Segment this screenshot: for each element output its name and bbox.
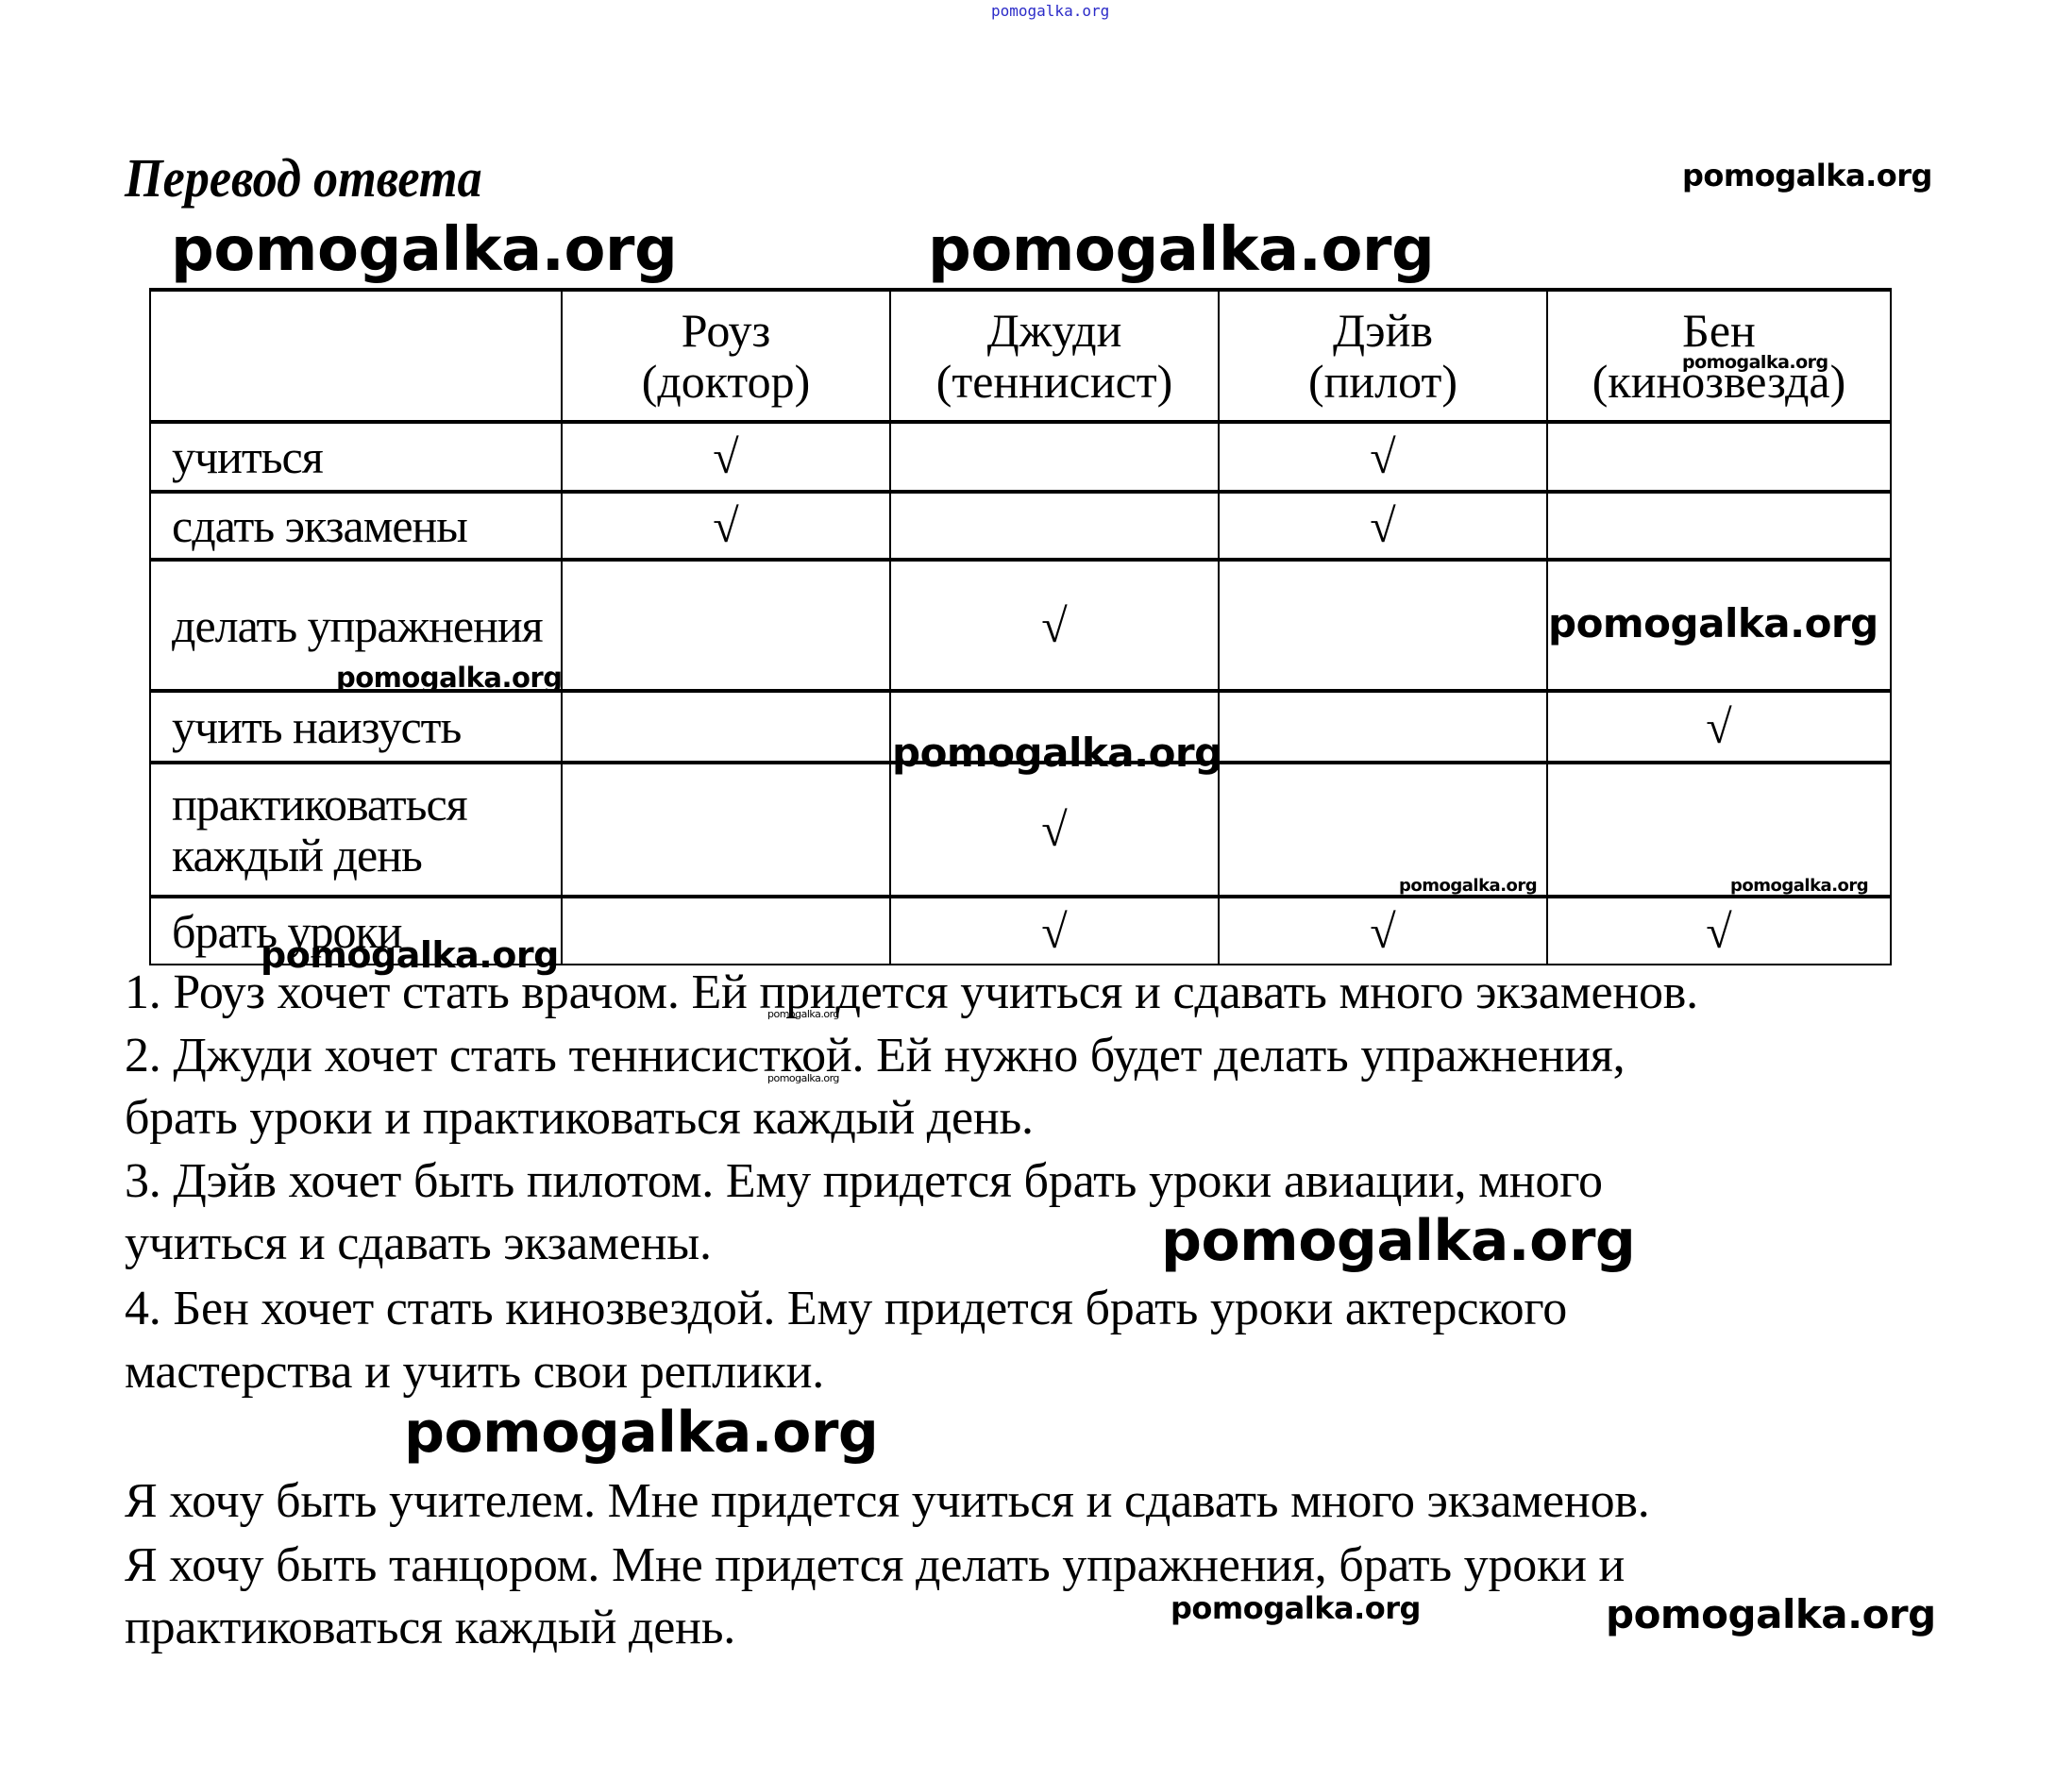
watermark: pomogalka.org xyxy=(767,1073,839,1083)
watermark: pomogalka.org xyxy=(767,1009,839,1019)
column-header: Дэйв(пилот) xyxy=(1219,290,1547,422)
watermark: pomogalka.org xyxy=(1161,1213,1635,1269)
check-mark-icon: √ xyxy=(1370,499,1395,552)
check-mark-icon: √ xyxy=(1706,905,1731,958)
answer-line: 1. Роуз хочет стать врачом. Ей придется … xyxy=(125,968,1698,1017)
watermark: pomogalka.org xyxy=(892,733,1222,773)
watermark: pomogalka.org xyxy=(1730,878,1868,895)
check-mark-icon: √ xyxy=(1370,905,1395,958)
empty-cell xyxy=(890,492,1219,560)
check-mark-cell: √ xyxy=(1219,897,1547,965)
watermark: pomogalka.org xyxy=(1548,604,1878,644)
header-empty-cell xyxy=(150,290,562,422)
empty-cell xyxy=(1219,691,1547,763)
check-mark-cell: √ xyxy=(1219,422,1547,492)
answer-line: 2. Джуди хочет стать теннисисткой. Ей ну… xyxy=(125,1032,1625,1081)
check-mark-cell: √ xyxy=(1219,492,1547,560)
watermark: pomogalka.org xyxy=(336,664,562,692)
check-mark-icon: √ xyxy=(1041,599,1067,652)
empty-cell xyxy=(1547,422,1891,492)
empty-cell xyxy=(562,560,890,691)
check-mark-cell: √ xyxy=(890,560,1219,691)
watermark: pomogalka.org xyxy=(404,1404,878,1461)
own-answer-line: Я хочу быть учителем. Мне придется учить… xyxy=(125,1477,1650,1526)
answer-line: брать уроки и практиковаться каждый день… xyxy=(125,1094,1034,1143)
check-mark-icon: √ xyxy=(713,499,738,552)
row-label: учиться xyxy=(150,422,562,492)
table-header-row: Роуз(доктор) Джуди(теннисист) Дэйв(пилот… xyxy=(150,290,1891,422)
answer-line: учиться и сдавать экзамены. xyxy=(125,1219,712,1268)
watermark: pomogalka.org xyxy=(1171,1593,1421,1623)
check-mark-icon: √ xyxy=(1370,430,1395,483)
watermark: pomogalka.org xyxy=(1682,160,1932,191)
empty-cell xyxy=(562,897,890,965)
row-label: учить наизусть xyxy=(150,691,562,763)
check-mark-icon: √ xyxy=(1041,803,1067,856)
empty-cell xyxy=(1547,492,1891,560)
watermark: pomogalka.org xyxy=(1399,878,1537,895)
watermark: pomogalka.org xyxy=(1606,1595,1936,1635)
check-mark-cell: √ xyxy=(1547,897,1891,965)
page-title: Перевод ответа xyxy=(125,151,482,206)
check-mark-icon: √ xyxy=(1041,905,1067,958)
row-label: сдать экзамены xyxy=(150,492,562,560)
watermark: pomogalka.org xyxy=(928,220,1434,280)
check-mark-icon: √ xyxy=(713,430,738,483)
watermark: pomogalka.org xyxy=(1682,354,1828,372)
watermark: pomogalka.org xyxy=(171,220,677,280)
empty-cell xyxy=(562,763,890,897)
row-label: практиковаться каждый день xyxy=(150,763,562,897)
check-mark-cell: √ xyxy=(1547,691,1891,763)
own-answer-line: практиковаться каждый день. xyxy=(125,1603,735,1653)
check-mark-cell: √ xyxy=(562,422,890,492)
column-header: Роуз(доктор) xyxy=(562,290,890,422)
top-watermark: pomogalka.org xyxy=(991,2,1109,20)
check-mark-cell: √ xyxy=(890,763,1219,897)
table-row: практиковаться каждый день√ xyxy=(150,763,1891,897)
column-header: Джуди(теннисист) xyxy=(890,290,1219,422)
table-row: сдать экзамены√√ xyxy=(150,492,1891,560)
answer-line: 3. Дэйв хочет быть пилотом. Ему придется… xyxy=(125,1157,1603,1206)
empty-cell xyxy=(562,691,890,763)
table-row: учиться√√ xyxy=(150,422,1891,492)
check-mark-cell: √ xyxy=(562,492,890,560)
check-mark-icon: √ xyxy=(1706,700,1731,753)
answer-line: 4. Бен хочет стать кинозвездой. Ему прид… xyxy=(125,1284,1567,1334)
answer-line: мастерства и учить свои реплики. xyxy=(125,1348,824,1397)
own-answer-line: Я хочу быть танцором. Мне придется делат… xyxy=(125,1541,1625,1590)
empty-cell xyxy=(1219,560,1547,691)
empty-cell xyxy=(890,422,1219,492)
check-mark-cell: √ xyxy=(890,897,1219,965)
